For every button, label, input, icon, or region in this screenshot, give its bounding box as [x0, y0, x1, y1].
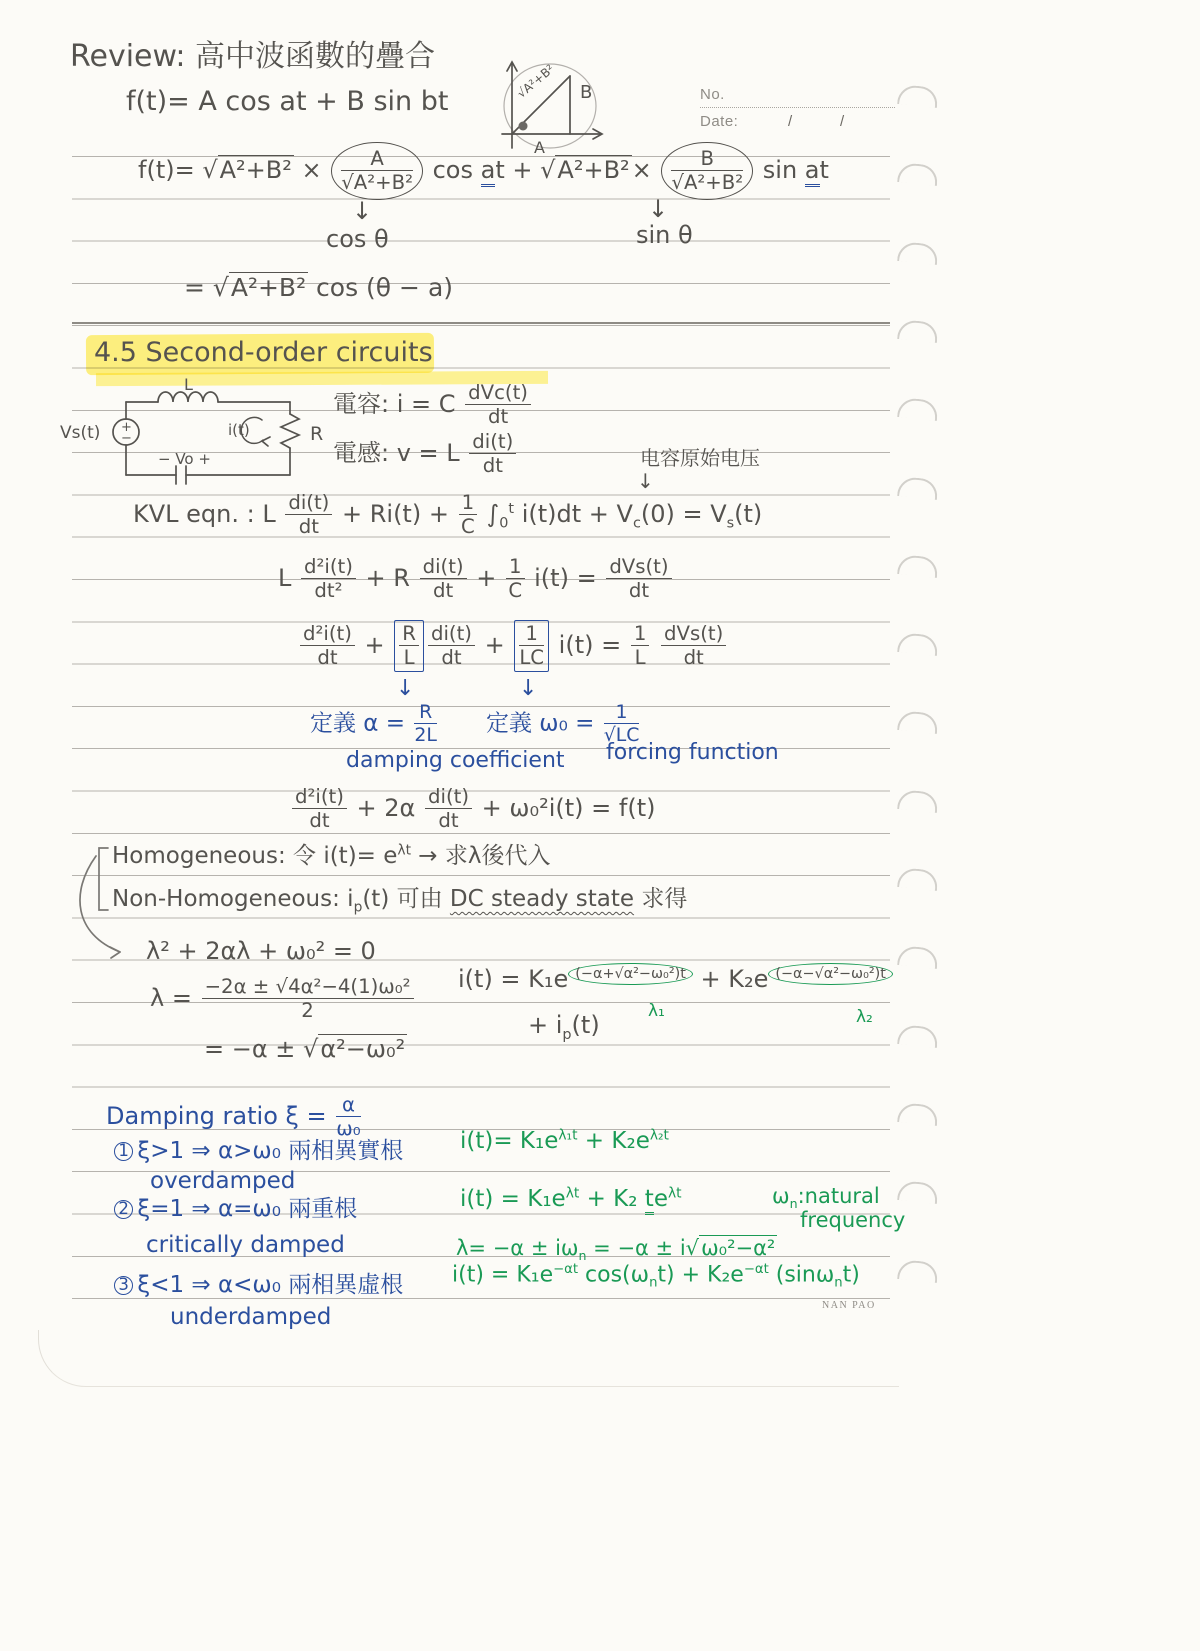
cos-theta-label: cos θ [326, 226, 389, 254]
case2-solution: i(t) = K₁eλt + K₂ teλt [460, 1186, 682, 1212]
capacitor-initial-note: 电容原始电压 [640, 447, 760, 470]
complex-roots: λ= −α ± iωn = −α ± i√ω₀²−α² [456, 1236, 777, 1264]
case2-condition: 2ξ=1 ⇒ α=ω₀ 兩重根 [114, 1196, 357, 1222]
capacitor-law: 電容: i = C dVc(t)dt [333, 382, 533, 428]
binder-ring-mark [897, 1102, 939, 1126]
section-heading: 4.5 Second-order circuits [94, 337, 433, 368]
circuit-diagram: Vs(t) + − L i(t) R − Vo + [58, 380, 344, 496]
date-row: Date: / / [700, 113, 895, 135]
date-label: Date: [700, 113, 738, 130]
no-label: No. [700, 86, 895, 108]
resistor-label: R [310, 423, 323, 445]
underdamped-label: underdamped [170, 1304, 331, 1330]
binder-ring-mark [897, 1180, 939, 1204]
page-bottom-edge [38, 1330, 899, 1387]
standard-form-ode: d²i(t)dt + 2α di(t)dt + ω₀²i(t) = f(t) [290, 786, 655, 832]
case3-solution: i(t) = K₁e−αt cos(ωnt) + K₂e−αt (sinωnt) [452, 1262, 860, 1291]
general-solution: i(t) = K₁e(−α+√α²−ω₀²)t + K₂e(−α−√α²−ω₀²… [458, 966, 893, 994]
date-slash-2: / [840, 113, 845, 130]
notebook-brand: NAN PAO [822, 1300, 876, 1311]
critically-damped-label: critically damped [146, 1232, 345, 1258]
quadratic-solution: λ = −2α ± √4α²−4(1)ω₀²2 [150, 976, 416, 1022]
binder-ring-mark [897, 710, 939, 734]
binder-ring-mark [897, 319, 939, 343]
binder-ring-mark [897, 162, 939, 186]
homogeneous-note: Homogeneous: 令 i(t)= eλt → 求λ後代入 [112, 843, 551, 869]
capacitor-initial-arrow: ↓ [637, 470, 654, 493]
kvl-equation: KVL eqn. : L di(t)dt + Ri(t) + 1C ∫0t i(… [133, 492, 762, 538]
binder-ring-mark [897, 867, 939, 891]
normalized-ode: d²i(t)dt + RLdi(t)dt + 1LC i(t) = 1L dVs… [298, 620, 728, 672]
natural-frequency-label2: frequency [800, 1208, 905, 1232]
binder-ring-mark [897, 1024, 939, 1048]
binder-ring-mark [897, 632, 939, 656]
date-slash-1: / [788, 113, 793, 130]
particular-term: + ip(t) [528, 1012, 600, 1043]
nonhomogeneous-note: Non-Homogeneous: ip(t) 可由 DC steady stat… [112, 886, 687, 916]
case1-condition: 1ξ>1 ⇒ α>ω₀ 兩相異實根 [114, 1138, 403, 1164]
inductor-law: 電感: v = L di(t)dt [333, 431, 518, 477]
binder-ring-mark [897, 789, 939, 813]
arrow-to-cos: ↓ [352, 198, 372, 226]
case1-solution: i(t)= K₁eλ₁t + K₂eλ₂t [460, 1128, 669, 1154]
source-minus: − [121, 431, 132, 446]
notebook-page: No. Date: / / √A²+B² B A [0, 0, 1200, 1651]
binder-ring-mark [897, 1258, 939, 1282]
sin-theta-label: sin θ [636, 222, 693, 250]
no-date-block: No. Date: / / [700, 86, 895, 135]
lambda2-label: λ₂ [856, 1008, 873, 1028]
current-label: i(t) [228, 421, 250, 439]
binder-ring-mark [897, 945, 939, 969]
angle-mark [519, 122, 528, 131]
review-formula: f(t)= A cos at + B sin bt [126, 86, 448, 117]
binder-ring-mark [897, 241, 939, 265]
capacitor-label: − Vo + [158, 450, 211, 468]
inductor-label: L [184, 375, 193, 394]
define-alpha: 定義 α = R2L [310, 702, 439, 746]
case3-condition: 3ξ<1 ⇒ α<ω₀ 兩相異虛根 [114, 1272, 403, 1298]
binder-ring-mark [897, 397, 939, 421]
arrow-to-sin: ↓ [648, 196, 668, 224]
damping-ratio: Damping ratio ξ = αω₀ [106, 1094, 363, 1140]
lambda1-label: λ₁ [648, 1002, 665, 1022]
overdamped-label: overdamped [150, 1168, 295, 1194]
omega-arrow: ↓ [519, 676, 537, 701]
damping-coefficient-label: damping coefficient [346, 748, 565, 773]
section-divider-line [72, 322, 890, 324]
binder-ring-mark [897, 475, 939, 499]
decomposition-formula: f(t)= √A²+B² × A√A²+B² cos at + √A²+B²× … [138, 142, 829, 200]
characteristic-equation: λ² + 2αλ + ω₀² = 0 [146, 938, 376, 966]
alpha-arrow: ↓ [396, 676, 414, 701]
triangle-b-label: B [580, 82, 592, 103]
review-title: Review: 高中波函數的疊合 [70, 40, 435, 75]
amplitude-phase-result: = √A²+B² cos (θ − a) [184, 274, 453, 303]
lambda-simplified: = −α ± √α²−ω₀² [204, 1036, 407, 1064]
second-order-ode: L d²i(t)dt² + R di(t)dt + 1C i(t) = dVs(… [278, 556, 674, 602]
forcing-function-label: forcing function [606, 740, 779, 765]
binder-ring-mark [897, 554, 939, 578]
binder-ring-mark [897, 84, 939, 108]
source-label: Vs(t) [60, 423, 100, 443]
